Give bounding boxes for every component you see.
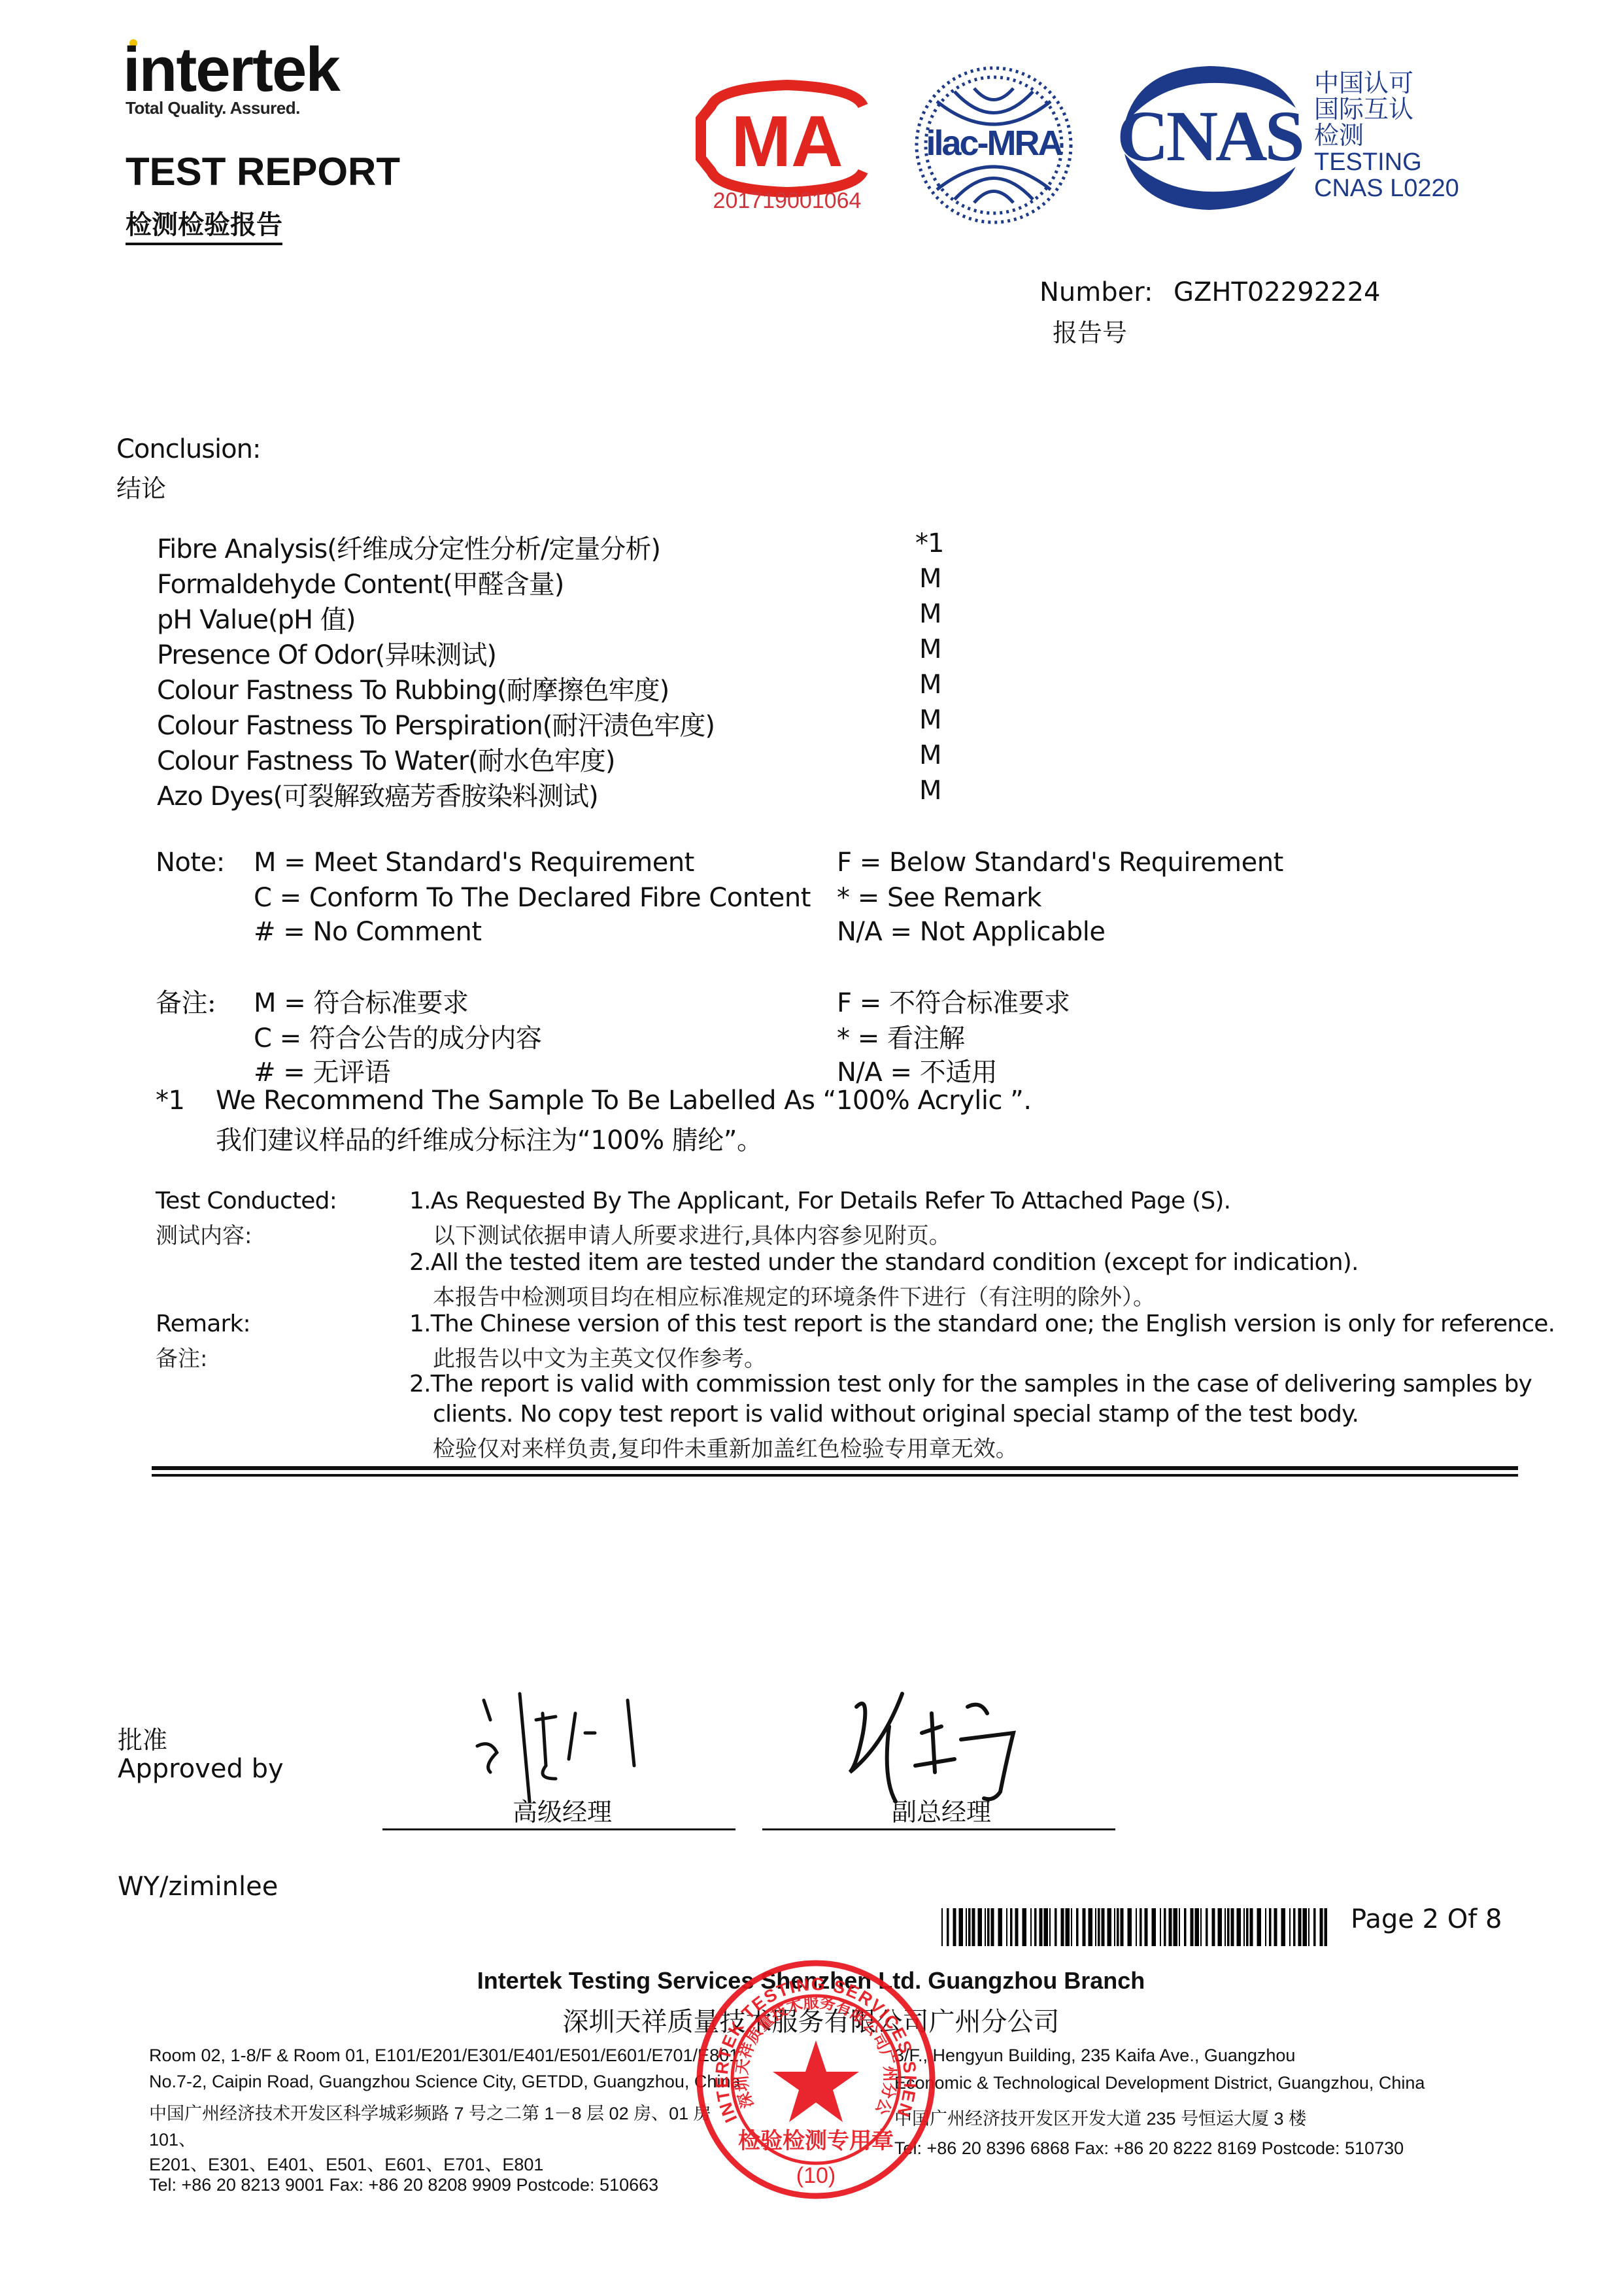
remark-marker: *1	[156, 1086, 184, 1116]
page-title: TEST REPORT	[126, 149, 400, 194]
logo-tagline: Total Quality. Assured.	[126, 98, 300, 118]
conclusion-row: pH Value(pH 值)M	[157, 599, 355, 634]
test-item: Azo Dyes(可裂解致癌芳香胺染料测试)	[157, 781, 598, 812]
note-label-cn: 备注:	[156, 982, 216, 1019]
ilac-mra-logo-icon: ilac-MRA	[912, 62, 1075, 229]
conclusion-row: Colour Fastness To Water(耐水色牢度)M	[157, 740, 615, 776]
address-left-line: Room 02, 1-8/F & Room 01, E101/E201/E301…	[149, 2046, 744, 2066]
conclusion-row: Azo Dyes(可裂解致癌芳香胺染料测试)M	[157, 776, 598, 811]
address-right-line: 中国广州经济技开发区开发大道 235 号恒运大厦 3 楼	[894, 2104, 1306, 2130]
cma-logo-icon: MA 201719001064	[692, 80, 883, 211]
test-item: Colour Fastness To Water(耐水色牢度)	[157, 746, 615, 776]
note-legend: N/A = Not Applicable	[837, 917, 1106, 947]
test-conducted-label-cn: 测试内容:	[156, 1218, 252, 1250]
signature-1-icon	[471, 1681, 654, 1805]
barcode-icon	[941, 1908, 1327, 1946]
report-number-label: Number:	[1039, 277, 1153, 307]
note-legend-cn: N/A = 不适用	[837, 1052, 997, 1089]
conclusion-row: Fibre Analysis(纤维成分定性分析/定量分析)*1	[157, 528, 660, 564]
address-left-line: No.7-2, Caipin Road, Guangzhou Science C…	[149, 2072, 740, 2092]
test-conducted-item: 2.All the tested item are tested under t…	[409, 1249, 1359, 1276]
report-number-label-cn: 报告号	[1053, 313, 1127, 349]
test-item: Formaldehyde Content(甲醛含量)	[157, 570, 564, 600]
remark-label: Remark:	[156, 1311, 250, 1337]
conclusion-row: Presence Of Odor(异味测试)M	[157, 634, 496, 670]
address-left-line: 101、	[149, 2125, 196, 2151]
remark-item: 2.The report is valid with commission te…	[409, 1371, 1532, 1397]
conclusion-row: Colour Fastness To Perspiration(耐汗渍色牢度)M	[157, 705, 715, 740]
test-item: Colour Fastness To Perspiration(耐汗渍色牢度)	[157, 711, 715, 741]
conclusion-heading-cn: 结论	[116, 468, 166, 504]
remark-label-cn: 备注:	[156, 1341, 207, 1373]
cnas-line: 国际互认	[1314, 97, 1459, 123]
test-result: M	[919, 564, 941, 594]
conclusion-row: Colour Fastness To Rubbing(耐摩擦色牢度)M	[157, 670, 669, 705]
address-right-line: Economic & Technological Development Dis…	[894, 2073, 1425, 2093]
test-conducted-item-cn: 以下测试依据申请人所要求进行,具体内容参见附页。	[433, 1218, 951, 1250]
remark-item-cn: 检验仅对来样负责,复印件未重新加盖红色检验专用章无效。	[433, 1431, 1018, 1463]
intertek-logo: intertek	[123, 34, 339, 106]
address-left-line: 中国广州经济技术开发区科学城彩频路 7 号之二第 1－8 层 02 房、01 房	[149, 2099, 711, 2125]
note-legend: F = Below Standard's Requirement	[837, 848, 1283, 878]
test-item: pH Value(pH 值)	[157, 605, 355, 635]
note-legend: C = Conform To The Declared Fibre Conten…	[254, 883, 811, 913]
note-legend-cn: F = 不符合标准要求	[837, 982, 1070, 1019]
note-legend: * = See Remark	[837, 883, 1041, 913]
note-legend-cn: M = 符合标准要求	[254, 982, 468, 1019]
official-stamp-icon: INTERTEK TESTING SERVICES SHENZHEN LTD. …	[692, 1955, 940, 2204]
divider	[152, 1474, 1518, 1477]
note-legend: # = No Comment	[254, 917, 482, 947]
report-number-value: GZHT02292224	[1174, 277, 1381, 307]
remark-item: 1.The Chinese version of this test repor…	[409, 1311, 1555, 1337]
signatory-title: 副总经理	[765, 1792, 1118, 1828]
svg-text:(10): (10)	[796, 2163, 836, 2188]
recommendation-cn: 我们建议样品的纤维成分标注为“100% 腈纶”。	[216, 1120, 763, 1157]
author-initials: WY/ziminlee	[118, 1872, 278, 1902]
cnas-line: TESTING	[1314, 149, 1459, 175]
svg-text:CNAS: CNAS	[1117, 96, 1302, 176]
address-left-line: Tel: +86 20 8213 9001 Fax: +86 20 8208 9…	[149, 2175, 658, 2195]
test-result: M	[919, 670, 941, 700]
address-right-line: 3/F., Hengyun Building, 235 Kaifa Ave., …	[894, 2046, 1295, 2066]
page-number: Page 2 Of 8	[1351, 1904, 1502, 1934]
test-item: Fibre Analysis(纤维成分定性分析/定量分析)	[157, 534, 660, 564]
signature-line	[382, 1828, 735, 1830]
conclusion-row: Formaldehyde Content(甲醛含量)M	[157, 564, 564, 599]
test-result: *1	[915, 528, 943, 558]
svg-text:检验检测专用章: 检验检测专用章	[738, 2128, 894, 2154]
svg-text:201719001064: 201719001064	[713, 188, 862, 211]
note-label: Note:	[156, 848, 225, 878]
remark-item-cont: clients. No copy test report is valid wi…	[433, 1401, 1359, 1428]
cnas-line: 中国认可	[1314, 71, 1459, 97]
test-conducted-label: Test Conducted:	[156, 1188, 337, 1214]
signatory-title: 高级经理	[386, 1792, 739, 1828]
address-right-line: Tel: +86 20 8396 6868 Fax: +86 20 8222 8…	[894, 2138, 1404, 2159]
test-result: M	[919, 776, 941, 806]
cnas-line: CNAS L0220	[1314, 175, 1459, 201]
approved-by-label-cn: 批准	[118, 1720, 167, 1756]
conclusion-heading: Conclusion:	[116, 434, 260, 464]
svg-text:ilac-MRA: ilac-MRA	[926, 124, 1062, 163]
test-conducted-item: 1.As Requested By The Applicant, For Det…	[409, 1188, 1230, 1214]
note-legend-cn: * = 看注解	[837, 1018, 964, 1055]
note-legend-cn: C = 符合公告的成分内容	[254, 1018, 541, 1055]
recommendation-en: We Recommend The Sample To Be Labelled A…	[216, 1086, 1032, 1116]
svg-text:MA: MA	[731, 101, 843, 182]
remark-item-cn: 此报告以中文为主英文仅作参考。	[433, 1341, 766, 1373]
test-result: M	[919, 740, 941, 770]
cnas-line: 检测	[1314, 123, 1459, 149]
note-legend-cn: # = 无评语	[254, 1052, 390, 1089]
divider	[152, 1466, 1518, 1470]
test-result: M	[919, 705, 941, 735]
test-item: Colour Fastness To Rubbing(耐摩擦色牢度)	[157, 676, 669, 706]
cnas-accreditation-text: 中国认可 国际互认 检测 TESTING CNAS L0220	[1314, 71, 1459, 201]
test-result: M	[919, 599, 941, 629]
approved-by-label: Approved by	[118, 1754, 284, 1784]
test-item: Presence Of Odor(异味测试)	[157, 640, 496, 670]
signature-line	[762, 1828, 1115, 1830]
cnas-logo-icon: CNAS	[1111, 62, 1308, 213]
address-left-line: E201、E301、E401、E501、E601、E701、E801	[149, 2150, 543, 2176]
page-title-cn: 检测检验报告	[126, 204, 282, 245]
test-conducted-item-cn: 本报告中检测项目均在相应标准规定的环境条件下进行（有注明的除外）。	[433, 1279, 1155, 1311]
test-result: M	[919, 634, 941, 664]
note-legend: M = Meet Standard's Requirement	[254, 848, 694, 878]
